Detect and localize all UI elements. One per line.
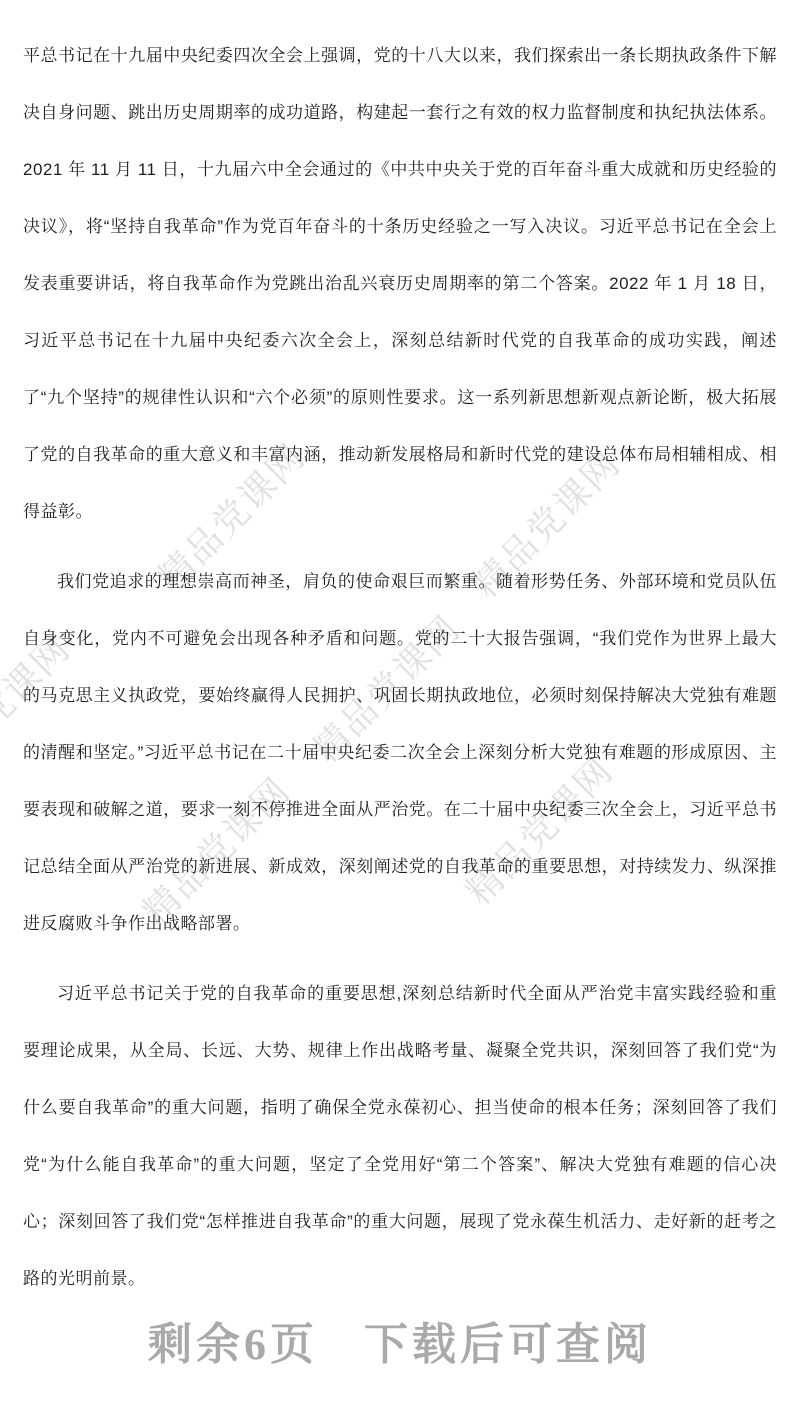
download-hint-text: 下载后可查阅	[364, 1320, 652, 1369]
document-page: 平总书记在十九届中央纪委四次全会上强调，党的十八大以来，我们探索出一条长期执政条…	[0, 0, 800, 1307]
footer-banner: 剩余6页下载后可查阅	[0, 1308, 800, 1372]
paragraph-2: 我们党追求的理想崇高而神圣，肩负的使命艰巨而繁重。随着形势任务、外部环境和党员队…	[23, 553, 777, 952]
paragraph-3: 习近平总书记关于党的自我革命的重要思想,深刻总结新时代全面从严治党丰富实践经验和…	[23, 965, 777, 1307]
paragraph-1: 平总书记在十九届中央纪委四次全会上强调，党的十八大以来，我们探索出一条长期执政条…	[23, 27, 777, 540]
pages-remaining-text: 剩余6页	[148, 1320, 318, 1369]
